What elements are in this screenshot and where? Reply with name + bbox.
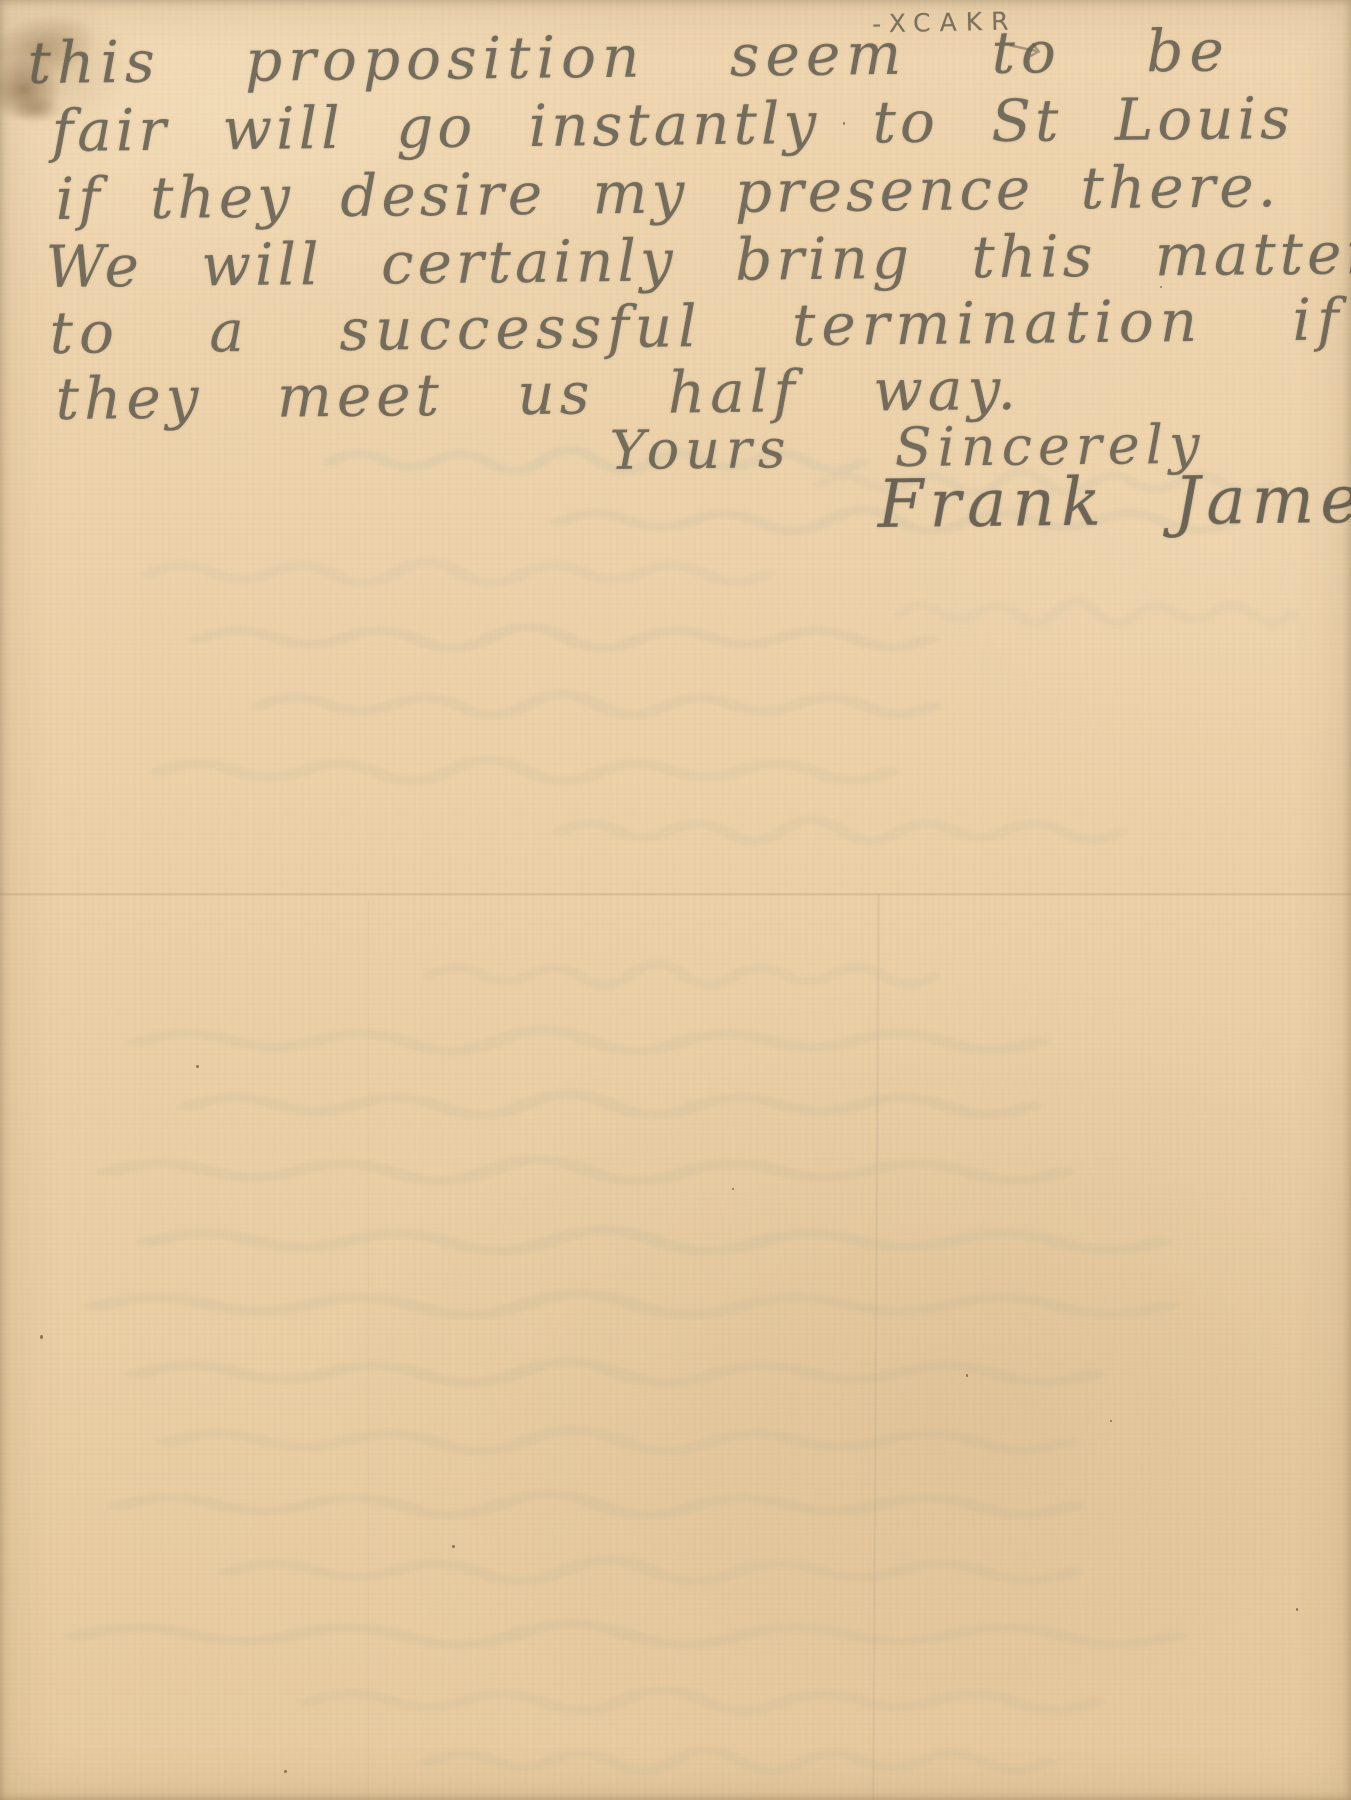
letter-line-5: to a successful termination if [49, 290, 1344, 362]
letter-line-3: if they desire my presence there. [55, 157, 1280, 228]
paper-speck [40, 1335, 43, 1339]
paper-speck [284, 1770, 287, 1773]
letter-line-4: We will certainly bring this matter [45, 224, 1351, 296]
paper-speck [196, 1065, 199, 1068]
fold-crease-vertical-left [368, 900, 370, 1800]
paper-speck [452, 1545, 455, 1548]
fold-crease-vertical-right [872, 894, 881, 1800]
fold-crease-horizontal [0, 893, 1351, 896]
letter-line-2: fair will go instantly to St Louis [51, 89, 1294, 160]
paper-speck [1296, 1608, 1298, 1611]
letter-page: -XCAKR this proposition seem to be fair … [0, 0, 1351, 1800]
paper-speck [1110, 1420, 1112, 1422]
paper-speck [966, 1374, 968, 1377]
letter-signature: Frank James [877, 466, 1351, 538]
letter-line-1: this proposition seem to be [27, 21, 1230, 92]
paper-speck [732, 1188, 734, 1190]
